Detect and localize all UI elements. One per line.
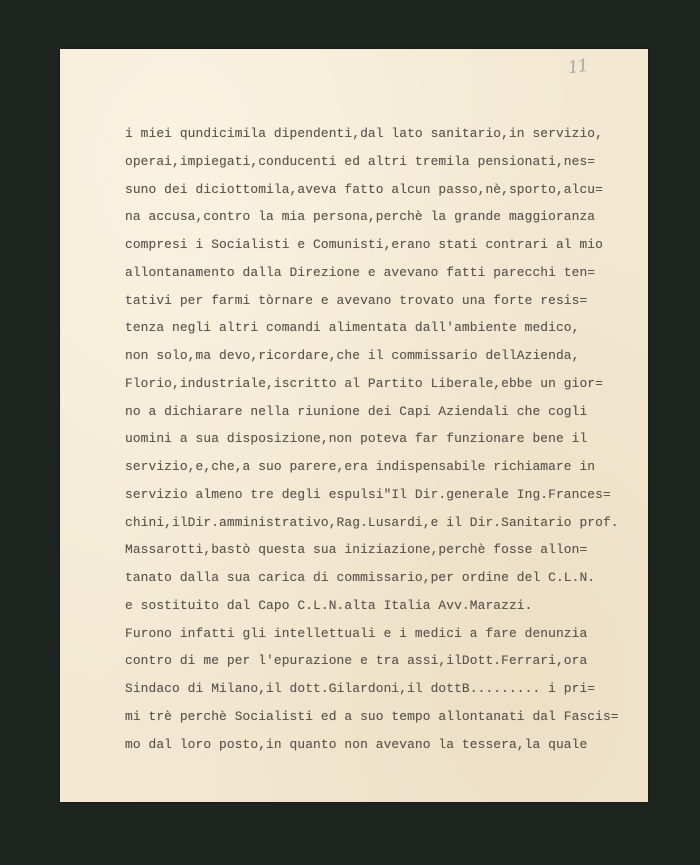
text-line: e sostituito dal Capo C.L.N.alta Italia … [125, 592, 619, 620]
text-line: mi trè perchè Socialisti ed a suo tempo … [125, 703, 619, 731]
text-line: servizio,e,che,a suo parere,era indispen… [125, 453, 619, 481]
text-line: non solo,ma devo,ricordare,che il commis… [125, 342, 619, 370]
typewritten-body: i miei qundicimila dipendenti,dal lato s… [125, 120, 619, 758]
text-line: compresi i Socialisti e Comunisti,erano … [125, 231, 619, 259]
text-line: tativi per farmi tòrnare e avevano trova… [125, 287, 619, 315]
text-line: Sindaco di Milano,il dott.Gilardoni,il d… [125, 675, 619, 703]
text-line: tanato dalla sua carica di commissario,p… [125, 564, 619, 592]
text-line: i miei qundicimila dipendenti,dal lato s… [125, 120, 619, 148]
text-line: Furono infatti gli intellettuali e i med… [125, 620, 619, 648]
text-line: allontanamento dalla Direzione e avevano… [125, 259, 619, 287]
text-line: mo dal loro posto,in quanto non avevano … [125, 731, 619, 759]
text-line: uomini a sua disposizione,non poteva far… [125, 425, 619, 453]
text-line: contro di me per l'epurazione e tra assi… [125, 647, 619, 675]
text-line: no a dichiarare nella riunione dei Capi … [125, 398, 619, 426]
text-line: tenza negli altri comandi alimentata dal… [125, 314, 619, 342]
text-line: Massarotti,bastò questa sua iniziazione,… [125, 536, 619, 564]
text-line: chini,ilDir.amministrativo,Rag.Lusardi,e… [125, 509, 619, 537]
text-line: na accusa,contro la mia persona,perchè l… [125, 203, 619, 231]
handwritten-page-number: 11 [567, 56, 589, 79]
text-line: suno dei diciottomila,aveva fatto alcun … [125, 176, 619, 204]
text-line: operai,impiegati,conducenti ed altri tre… [125, 148, 619, 176]
text-line: servizio almeno tre degli espulsi"Il Dir… [125, 481, 619, 509]
text-line: Florio,industriale,iscritto al Partito L… [125, 370, 619, 398]
document-page: 11 i miei qundicimila dipendenti,dal lat… [60, 49, 648, 802]
